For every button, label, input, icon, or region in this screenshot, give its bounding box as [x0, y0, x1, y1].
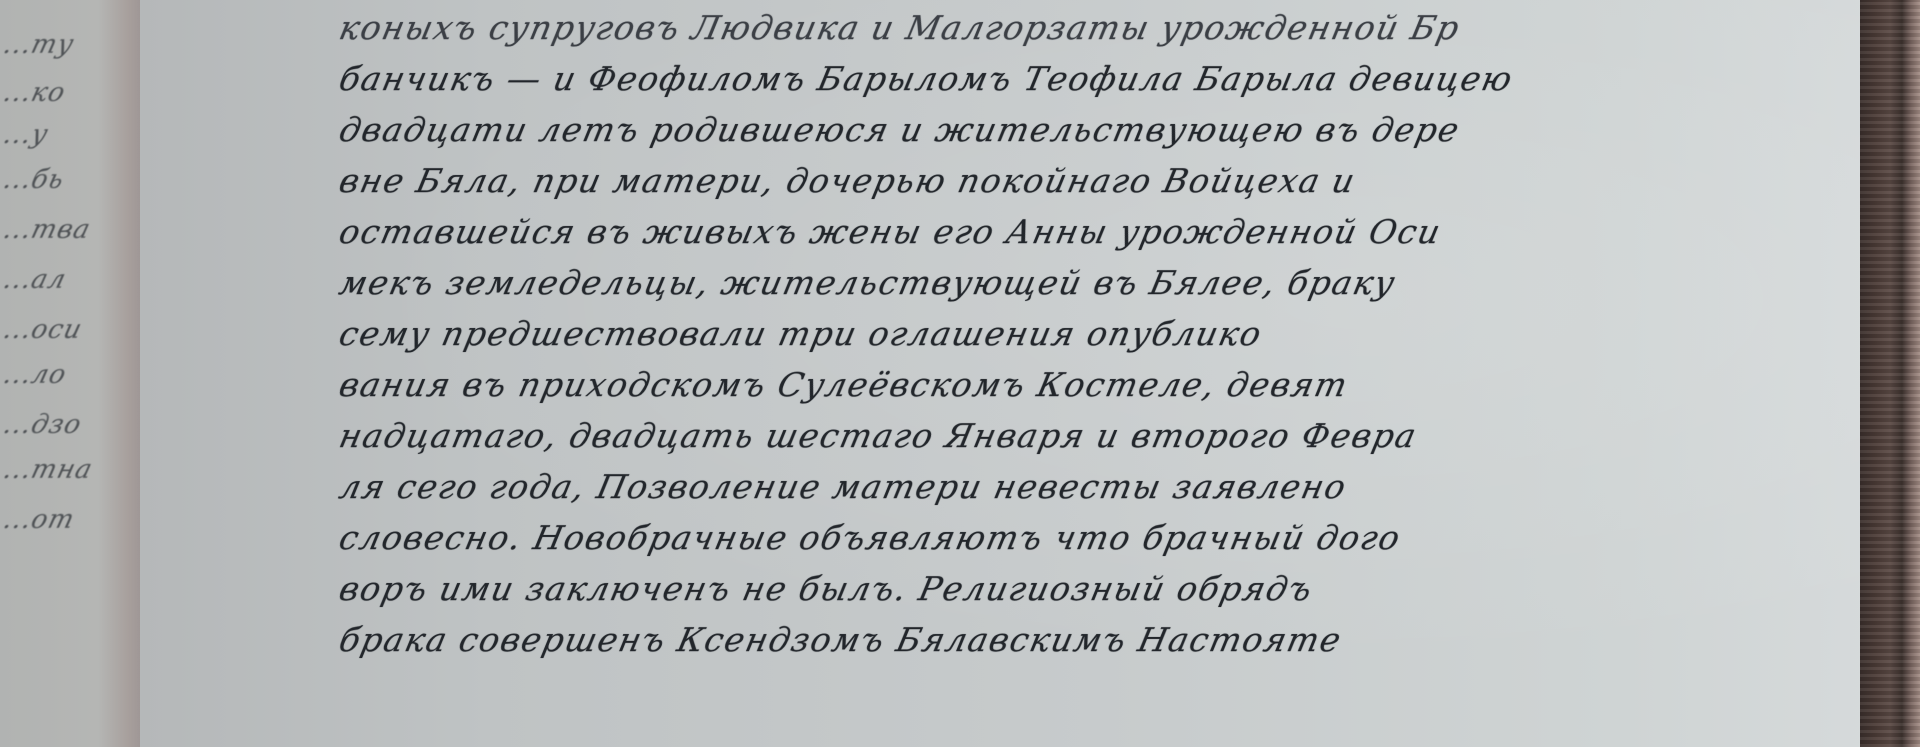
- underlying-left-page: ...ту ...ко ...у ...бь ...тва ...ал ...о…: [0, 0, 140, 747]
- margin-fragment: ...ко: [0, 78, 68, 108]
- text-line: мекъ земледельцы, жительствующей въ Бяле…: [335, 257, 1526, 308]
- binding-edge: [1860, 0, 1920, 747]
- text-line: ля сего года, Позволение матери невесты …: [335, 461, 1526, 512]
- text-line: воръ ими заключенъ не былъ. Религиозный …: [335, 563, 1526, 614]
- text-line: надцатаго, двадцать шестаго Января и вто…: [335, 410, 1526, 461]
- text-line: сему предшествовали три оглашения опубли…: [335, 308, 1526, 359]
- text-line: оставшейся въ живыхъ жены его Анны урожд…: [335, 206, 1526, 257]
- document-photo: ...ту ...ко ...у ...бь ...тва ...ал ...о…: [0, 0, 1920, 747]
- margin-fragment: ...ал: [0, 265, 69, 295]
- margin-fragment: ...оси: [0, 315, 85, 345]
- text-line: коныхъ супруговъ Людвика и Малгорзаты ур…: [335, 2, 1526, 53]
- text-line: банчикъ — и Феофиломъ Барыломъ Теофила Б…: [335, 53, 1526, 104]
- margin-fragment: ...тва: [0, 215, 94, 245]
- margin-fragment: ...бь: [0, 165, 67, 195]
- margin-fragment: ...ло: [0, 360, 69, 390]
- text-line: вне Бяла, при матери, дочерью покойнаго …: [335, 155, 1526, 206]
- margin-fragment: ...тна: [0, 455, 96, 485]
- text-line: вания въ приходскомъ Сулеёвскомъ Костеле…: [335, 359, 1526, 410]
- handwritten-text-block: коныхъ супруговъ Людвика и Малгорзаты ур…: [340, 2, 1520, 665]
- text-line: словесно. Новобрачные объявляютъ что бра…: [335, 512, 1526, 563]
- margin-fragment: ...дзо: [0, 410, 85, 440]
- text-line: двадцати летъ родившеюся и жительствующе…: [335, 104, 1526, 155]
- text-line: брака совершенъ Ксендзомъ Бялавскимъ Нас…: [335, 614, 1526, 665]
- margin-fragment: ...от: [0, 505, 78, 535]
- margin-fragment: ...ту: [0, 30, 77, 60]
- margin-fragment: ...у: [0, 120, 51, 150]
